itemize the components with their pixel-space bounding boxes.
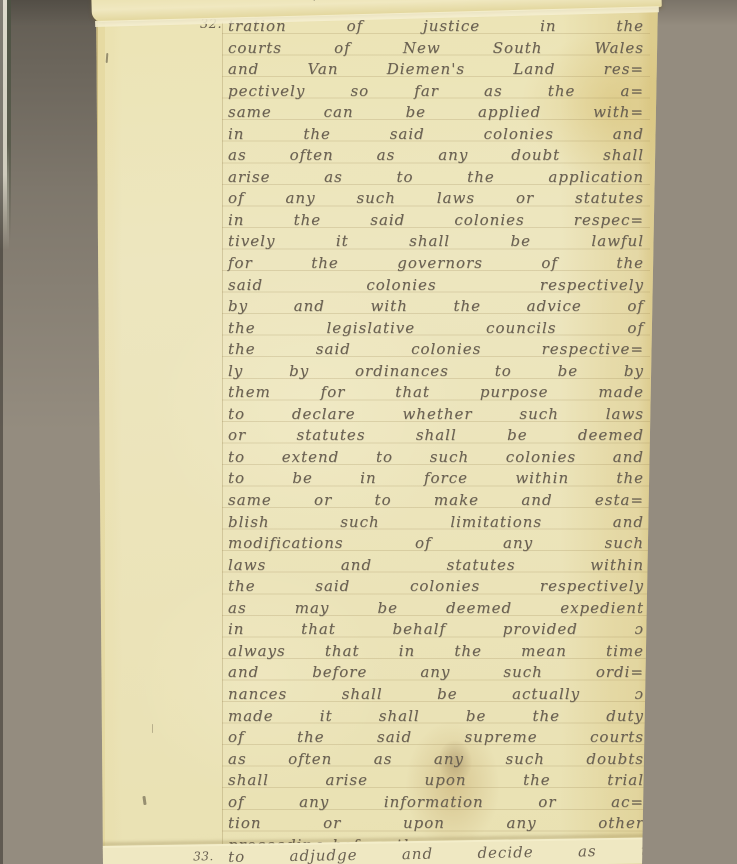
manuscript-line-cut-top: be applied in the adminis= [229,0,649,3]
manuscript-line: to be in force within the [228,468,644,490]
manuscript-line: shall arise upon the trial [228,770,644,792]
manuscript-line: to extend to such colonies and [228,447,644,469]
bottom-folded-strip: 33. to adjudge and decide as to [97,839,651,864]
manuscript-page: 32. tration of justice in the courts of … [0,0,737,864]
manuscript-line: tion or upon any other [228,813,644,835]
manuscript-line: as may be deemed expedient [228,598,644,620]
manuscript-line: and Van Diemen's Land res= [228,59,644,81]
manuscript-line: the said colonies respective= [228,339,644,361]
manuscript-line: courts of New South Wales [228,38,644,60]
manuscript-line: to declare whether such laws [228,404,644,426]
manuscript-line: for the governors of the [228,253,644,275]
manuscript-line: arise as to the application [228,167,644,189]
section-number-33: 33. [193,849,214,863]
manuscript-line: in that behalf provided ɔ [228,619,644,641]
manuscript-line: in the said colonies respec= [228,210,644,232]
manuscript-line: made it shall be the duty [228,706,644,728]
manuscript-line: same can be applied with= [228,102,644,124]
backdrop-shadow-top-left [0,0,110,480]
manuscript-line: as often as any such doubts [228,749,644,771]
manuscript-line: pectively so far as the a= [228,81,644,103]
page-edge-nick [94,826,100,837]
manuscript-line: of any information or ac= [228,792,644,814]
manuscript-line: as often as any doubt shall [228,145,644,167]
manuscript-line-cut-bottom: to adjudge and decide as to [228,841,658,864]
manuscript-line: modifications of any such [228,533,644,555]
manuscript-line: of any such laws or statutes [228,188,644,210]
ink-marks-left-margin [142,796,146,805]
page-left-edge-shading [96,0,122,864]
manuscript-line: the legislative councils of [228,318,644,340]
manuscript-line: by and with the advice of [228,296,644,318]
manuscript-line: the said colonies respectively [228,576,644,598]
manuscript-line: always that in the mean time [228,641,644,663]
manuscript-line: blish such limitations and [228,512,644,534]
manuscript-line: tively it shall be lawful [228,231,644,253]
backdrop-left-seam [7,0,11,240]
manuscript-line: ly by ordinances to be by [228,361,644,383]
manuscript-line: nances shall be actually ɔ [228,684,644,706]
manuscript-line: them for that purpose made [228,382,644,404]
manuscript-line: or statutes shall be deemed [228,425,644,447]
manuscript-line: same or to make and esta= [228,490,644,512]
manuscript-line: in the said colonies and [228,124,644,146]
manuscript-line: of the said supreme courts [228,727,644,749]
manuscript-line: laws and statutes within [228,555,644,577]
manuscript-line: and before any such ordi= [228,662,644,684]
ink-tick-left-margin [152,724,153,733]
handwritten-text-block: tration of justice in the courts of New … [228,16,644,856]
margin-rule-line [222,22,223,848]
backdrop-left-edge [0,0,3,864]
archival-photo: 32. tration of justice in the courts of … [0,0,737,864]
manuscript-line: said colonies respectively [228,275,644,297]
